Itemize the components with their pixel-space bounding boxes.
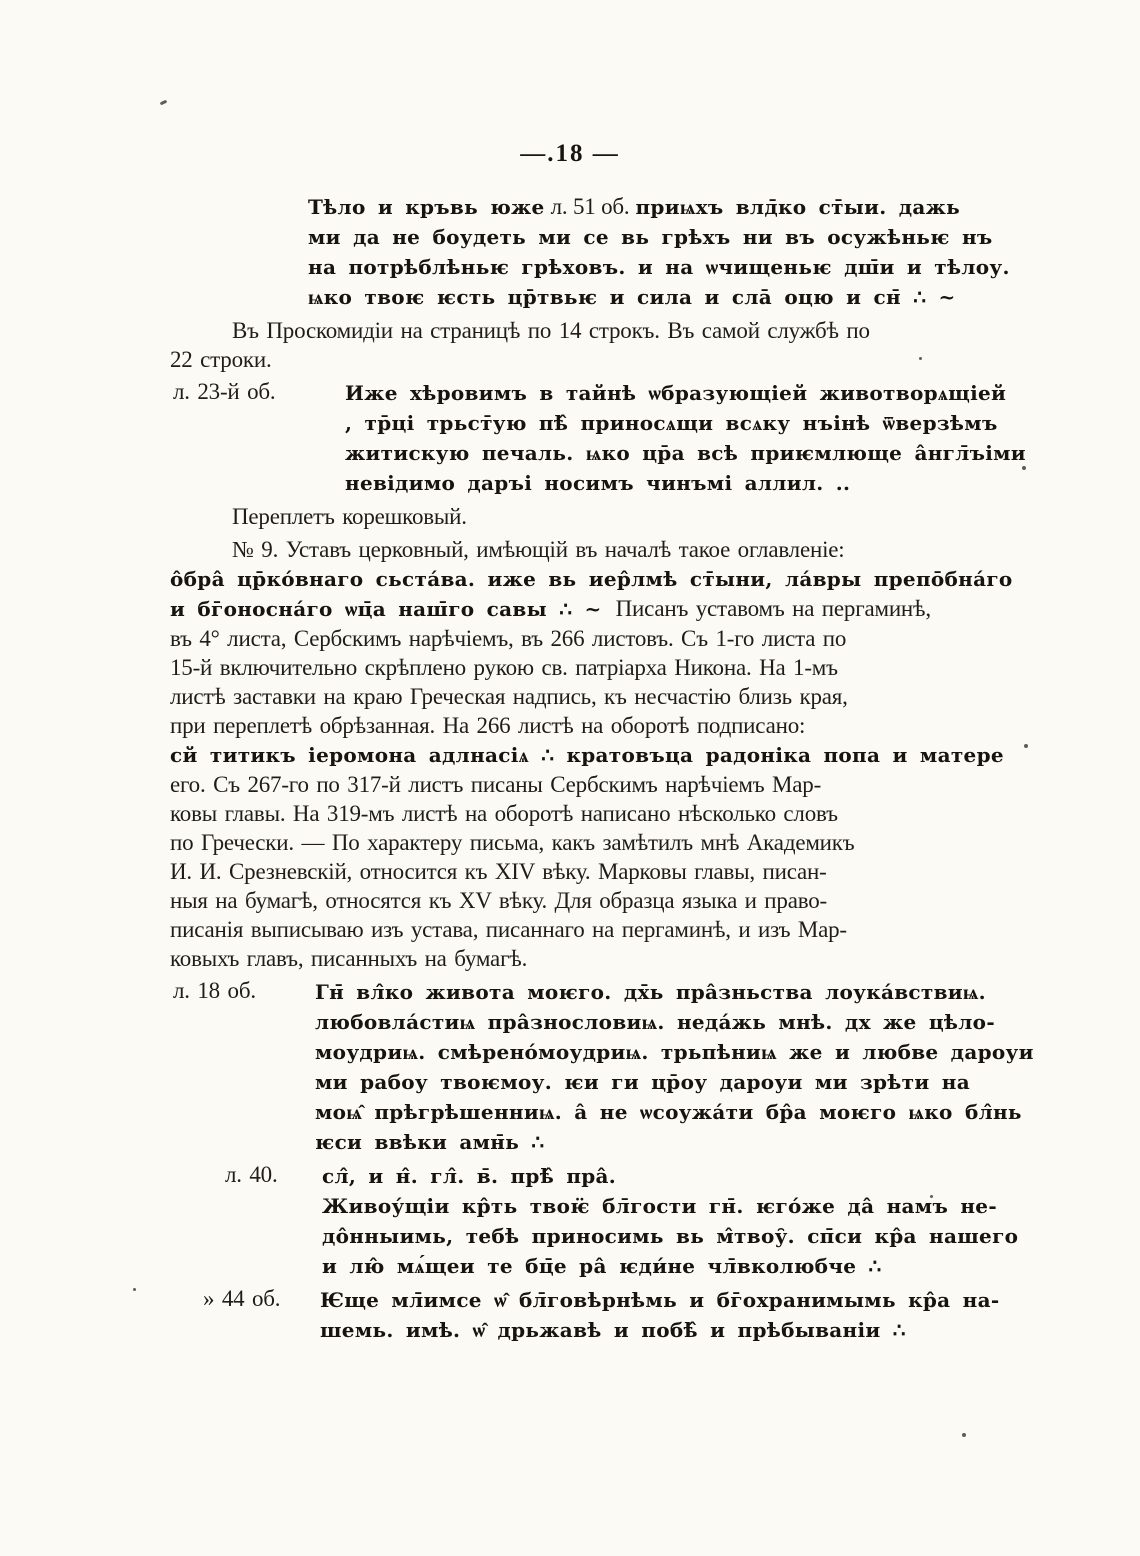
paragraph-line: Переплетъ корешковый. bbox=[170, 502, 952, 531]
scan-speck bbox=[133, 1288, 136, 1291]
quote-line: ми да не боудеть ми се вь грѣхъ ни въ ос… bbox=[308, 222, 952, 252]
quote-lines: Ѥще мл̄имсе ѡ̂ бл̄говѣрнѣмь и бг̄охраним… bbox=[320, 1285, 952, 1345]
quote-lines: Гн̄ вл̂ко живота моѥго. дх̄ь пра̂зньства… bbox=[315, 977, 952, 1157]
slavonic-inscription-line: сй титикъ іеромона адлнасіѧ ∴ кратовъца … bbox=[170, 740, 952, 770]
quote-line: моѩ̂ прѣгрѣшенниѩ. а̂ не ѡсоужа́ти бр̂а … bbox=[315, 1097, 952, 1127]
text-block: Тѣло и кръвь южел. 51 об.приѩхъ влд̄ко с… bbox=[170, 192, 952, 1345]
leaf-label: л. 40. bbox=[225, 1162, 278, 1188]
scan-speck bbox=[930, 1195, 933, 1198]
quote-line: сл̂, и н̂. гл̂. в̄. прѣ̂ пра̂. bbox=[322, 1161, 952, 1191]
paragraph-binding: Переплетъ корешковый. bbox=[170, 502, 952, 531]
entry-9: № 9. Уставъ церковный, имѣющій въ началѣ… bbox=[170, 535, 952, 973]
paragraph-text: Уставъ церковный, имѣющій въ началѣ тако… bbox=[286, 537, 845, 562]
quote-line: Ѥще мл̄имсе ѡ̂ бл̄говѣрнѣмь и бг̄охраним… bbox=[320, 1285, 952, 1315]
quote-line: ѩко твоѥ ѥсть цр̄твьѥ и сила и сла̄ оцю … bbox=[308, 282, 952, 312]
paragraph-line: Въ Проскомидіи на страницѣ по 14 строкъ.… bbox=[170, 316, 952, 345]
leaf-label: » 44 об. bbox=[203, 1286, 280, 1312]
quote-line: Гн̄ вл̂ко живота моѥго. дх̄ь пра̂зньства… bbox=[315, 977, 952, 1007]
scanned-book-page: —.18 — Тѣло и кръвь южел. 51 об.приѩхъ в… bbox=[0, 0, 1140, 1556]
slavonic-quote-kheruvim: л. 23-й об. Иже хѣровимъ в тайнѣ ѡбразую… bbox=[170, 378, 952, 498]
quote-lines: сл̂, и н̂. гл̂. в̄. прѣ̂ пра̂. Живоу́щіи… bbox=[322, 1161, 952, 1281]
paragraph-line: листѣ заставки на краю Греческая надпись… bbox=[170, 682, 952, 711]
slavonic-text: Тѣло и кръвь юже bbox=[308, 195, 545, 219]
slavonic-quote-eshche: » 44 об. Ѥще мл̄имсе ѡ̂ бл̄говѣрнѣмь и б… bbox=[170, 1285, 952, 1345]
slavonic-heading-line: о̂бра̂ цр̄ко́внаго сьста́ва. иже вь иер̂… bbox=[170, 564, 952, 594]
paragraph-line: И. И. Срезневскій, относится къ XIV вѣку… bbox=[170, 857, 952, 886]
paragraph-line: писанія выписываю изъ устава, писаннаго … bbox=[170, 915, 952, 944]
paragraph-line: 22 строки. bbox=[170, 345, 952, 374]
quote-line: Живоу́щіи кр̂ть твоѥ̈ бл̄гости гн̄. ѥго́… bbox=[322, 1191, 952, 1221]
scan-speck bbox=[962, 1433, 966, 1437]
scan-speck bbox=[919, 357, 922, 360]
paragraph-proskomidia: Въ Проскомидіи на страницѣ по 14 строкъ.… bbox=[170, 316, 952, 374]
paragraph-line: № 9. Уставъ церковный, имѣющій въ началѣ… bbox=[170, 535, 952, 564]
quote-line: моудриѩ. смѣрено́моудриѩ. трьпѣниѩ же и … bbox=[315, 1037, 952, 1067]
quote-line: невідимо даръі носимъ чинъмі аллил. .. bbox=[345, 468, 952, 498]
entry-number: № 9. bbox=[232, 537, 278, 562]
scan-speck bbox=[160, 100, 168, 106]
quote-line: до̂нныимь, тебѣ приносимь вь м̂твоу̑. сп… bbox=[322, 1221, 952, 1251]
quote-line: любовла́стиѩ пра̂знословиѩ. неда́жь мнѣ.… bbox=[315, 1007, 952, 1037]
quote-line: Иже хѣровимъ в тайнѣ ѡбразующіей животво… bbox=[345, 378, 952, 408]
quote-lines: Иже хѣровимъ в тайнѣ ѡбразующіей животво… bbox=[345, 378, 952, 498]
paragraph-line: при переплетѣ обрѣзанная. На 266 листѣ н… bbox=[170, 711, 952, 740]
slavonic-quote-telo: Тѣло и кръвь южел. 51 об.приѩхъ влд̄ко с… bbox=[170, 192, 952, 312]
quote-line: и лю̂ мѧ́щеи те бц̄е ра̂ ѥди́не чл̄вколю… bbox=[322, 1251, 952, 1281]
quote-lines: Тѣло и кръвь южел. 51 об.приѩхъ влд̄ко с… bbox=[308, 192, 952, 312]
paragraph-line: его. Съ 267-го по 317-й листъ писаны Сер… bbox=[170, 770, 952, 799]
quote-line: Тѣло и кръвь южел. 51 об.приѩхъ влд̄ко с… bbox=[308, 192, 952, 222]
page-number: —.18 — bbox=[0, 140, 1140, 168]
paragraph-line: 15-й включительно скрѣплено рукою св. па… bbox=[170, 653, 952, 682]
leaf-reference: л. 51 об. bbox=[551, 194, 630, 219]
scan-speck bbox=[1022, 466, 1026, 470]
mixed-line: и бг̄оносна́го ѡц̄а наш̄го савы ∴ ~Писан… bbox=[170, 594, 952, 624]
quote-line: на потрѣблѣньѥ грѣховъ. и на ѡчищеньѥ дш… bbox=[308, 252, 952, 282]
paragraph-line: въ 4° листа, Сербскимъ нарѣчіемъ, въ 266… bbox=[170, 624, 952, 653]
paragraph-text: Писанъ уставомъ на пергаминѣ, bbox=[616, 596, 931, 621]
paragraph-line: ныя на бумагѣ, относятся къ XV вѣку. Для… bbox=[170, 886, 952, 915]
leaf-label: л. 18 об. bbox=[173, 978, 256, 1004]
scan-speck bbox=[1024, 744, 1028, 748]
paragraph-line: ковыхъ главъ, писанныхъ на бумагѣ. bbox=[170, 944, 952, 973]
slavonic-text: приѩхъ влд̄ко ст̄ыи. дажь bbox=[635, 195, 960, 219]
leaf-label: л. 23-й об. bbox=[173, 379, 275, 405]
paragraph-line: по Гречески. — По характеру письма, какъ… bbox=[170, 828, 952, 857]
quote-line: , тр̄ці трьст̄ую пѣ̂ приносѧщи всѧку нъі… bbox=[345, 408, 952, 438]
slavonic-text: и бг̄оносна́го ѡц̄а наш̄го савы ∴ ~ bbox=[170, 597, 602, 621]
slavonic-quote-zhivushchii: л. 40. сл̂, и н̂. гл̂. в̄. прѣ̂ пра̂. Жи… bbox=[170, 1161, 952, 1281]
quote-line: ми рабоу твоѥмоу. ѥи ги цр̄оу дароуи ми … bbox=[315, 1067, 952, 1097]
quote-line: ѥси ввѣки амн̄ь ∴ bbox=[315, 1127, 952, 1157]
quote-line: житискую печаль. ѩко цр̄а всѣ приѥмлюще … bbox=[345, 438, 952, 468]
quote-line: шемь. имѣ. ѡ̂ дрьжавѣ и побѣ̂ и прѣбыван… bbox=[320, 1315, 952, 1345]
slavonic-quote-gospodi: л. 18 об. Гн̄ вл̂ко живота моѥго. дх̄ь п… bbox=[170, 977, 952, 1157]
paragraph-line: ковы главы. На 319-мъ листѣ на оборотѣ н… bbox=[170, 799, 952, 828]
